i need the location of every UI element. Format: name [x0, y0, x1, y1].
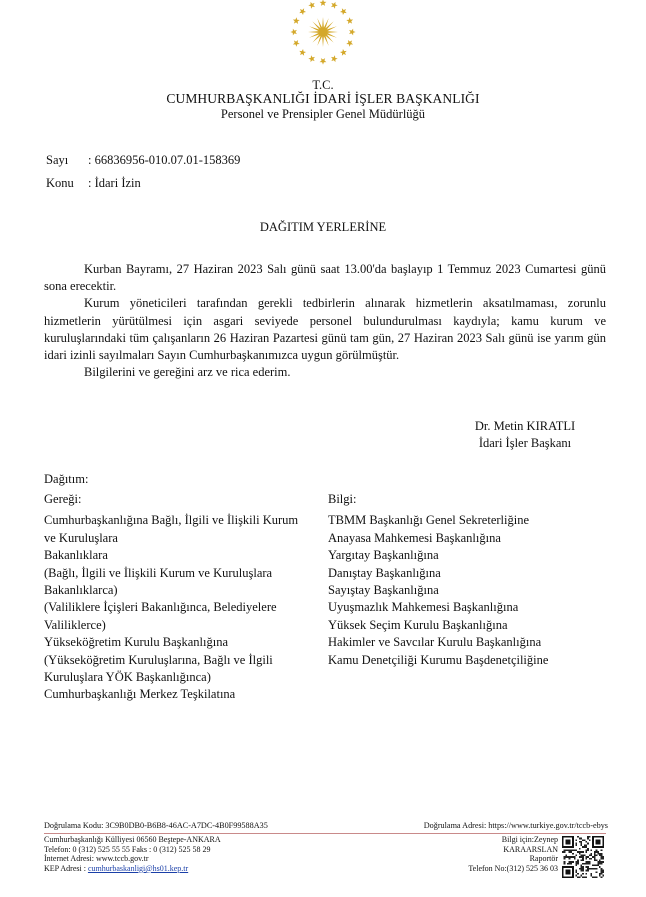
bilgi-label: Bilgi:: [328, 491, 618, 508]
bilgi-item: TBMM Başkanlığı Genel Sekreterliğine: [328, 512, 618, 529]
document-title: DAĞITIM YERLERİNE: [0, 220, 646, 235]
footer-kep: KEP Adresi : cumhurbaskanligi@hs01.kep.t…: [44, 864, 221, 874]
footer-divider: [44, 833, 606, 834]
contact-line: KARAARSLAN: [400, 845, 558, 855]
body-paragraph: Kurum yöneticileri tarafından gerekli te…: [44, 295, 606, 364]
signatory-title: İdari İşler Başkanı: [440, 435, 610, 452]
gereği-item: Bakanlıklarca): [44, 582, 324, 599]
bilgi-item: Yüksek Seçim Kurulu Başkanlığına: [328, 617, 618, 634]
bilgi-item: Anayasa Mahkemesi Başkanlığına: [328, 530, 618, 547]
footer-phone-fax: Telefon: 0 (312) 525 55 55 Faks : 0 (312…: [44, 845, 221, 855]
gereği-item: Bakanlıklara: [44, 547, 324, 564]
gereği-item: ve Kuruluşlara: [44, 530, 324, 547]
verification-code: Doğrulama Kodu: 3C9B0DB0-B6B8-46AC-A7DC-…: [44, 821, 268, 830]
signature-block: Dr. Metin KIRATLI İdari İşler Başkanı: [440, 418, 610, 452]
sayi-value: : 66836956-010.07.01-158369: [88, 153, 240, 168]
bilgi-item: Yargıtay Başkanlığına: [328, 547, 618, 564]
contact-line: Raportör: [400, 854, 558, 864]
gereği-item: Cumhurbaşkanlığı Merkez Teşkilatına: [44, 686, 324, 703]
header-department: Personel ve Prensipler Genel Müdürlüğü: [0, 107, 646, 122]
bilgi-item: Danıştay Başkanlığına: [328, 565, 618, 582]
gereği-item: Kuruluşlara YÖK Başkanlığınca): [44, 669, 324, 686]
verification-address[interactable]: Doğrulama Adresi: https://www.turkiye.go…: [424, 821, 608, 830]
distribution-bilgi: Bilgi: TBMM Başkanlığı Genel Sekreterliğ…: [328, 491, 618, 669]
gereği-item: Valiliklerce): [44, 617, 324, 634]
gereği-item: (Yükseköğretim Kuruluşlarına, Bağlı ve İ…: [44, 652, 324, 669]
gereği-label: Gereği:: [44, 491, 324, 508]
gereği-item: Yükseköğretim Kurulu Başkanlığına: [44, 634, 324, 651]
kep-link[interactable]: cumhurbaskanligi@hs01.kep.tr: [88, 864, 188, 873]
footer-internet: İnternet Adresi: www.tccb.gov.tr: [44, 854, 221, 864]
bilgi-item: Uyuşmazlık Mahkemesi Başkanlığına: [328, 599, 618, 616]
gereği-item: (Bağlı, İlgili ve İlişkili Kurum ve Kuru…: [44, 565, 324, 582]
gereği-item: Cumhurbaşkanlığına Bağlı, İlgili ve İliş…: [44, 512, 324, 529]
signatory-name: Dr. Metin KIRATLI: [440, 418, 610, 435]
gereği-list: Cumhurbaşkanlığına Bağlı, İlgili ve İliş…: [44, 512, 324, 703]
kep-label: KEP Adresi :: [44, 864, 88, 873]
header-institution: CUMHURBAŞKANLIĞI İDARİ İŞLER BAŞKANLIĞI: [0, 91, 646, 107]
gereği-item: (Valiliklere İçişleri Bakanlığınca, Bele…: [44, 599, 324, 616]
presidential-emblem-icon: [283, 0, 363, 72]
footer-contact-right: Bilgi için:Zeynep KARAARSLAN Raportör Te…: [400, 835, 558, 873]
konu-value: : İdari İzin: [88, 176, 141, 191]
body-paragraph: Kurban Bayramı, 27 Haziran 2023 Salı gün…: [44, 261, 606, 295]
bilgi-list: TBMM Başkanlığı Genel SekreterliğineAnay…: [328, 512, 618, 669]
contact-phone: Telefon No:(312) 525 36 03: [400, 864, 558, 874]
bilgi-item: Kamu Denetçiliği Kurumu Başdenetçiliğine: [328, 652, 618, 669]
bilgi-item: Hakimler ve Savcılar Kurulu Başkanlığına: [328, 634, 618, 651]
verification-line: Doğrulama Kodu: 3C9B0DB0-B6B8-46AC-A7DC-…: [44, 821, 608, 830]
contact-line: Bilgi için:Zeynep: [400, 835, 558, 845]
footer-contact-left: Cumhurbaşkanlığı Külliyesi 06560 Beştepe…: [44, 835, 221, 873]
distribution-gereği: Gereği: Cumhurbaşkanlığına Bağlı, İlgili…: [44, 491, 324, 704]
body-paragraph: Bilgilerini ve gereğini arz ve rica eder…: [44, 364, 606, 381]
bilgi-item: Sayıştay Başkanlığına: [328, 582, 618, 599]
qr-code-icon: [562, 836, 604, 878]
document-body: Kurban Bayramı, 27 Haziran 2023 Salı gün…: [44, 261, 606, 381]
footer-address: Cumhurbaşkanlığı Külliyesi 06560 Beştepe…: [44, 835, 221, 845]
distribution-label: Dağıtım:: [44, 472, 88, 487]
sayi-label: Sayı: [46, 153, 68, 168]
konu-label: Konu: [46, 176, 74, 191]
